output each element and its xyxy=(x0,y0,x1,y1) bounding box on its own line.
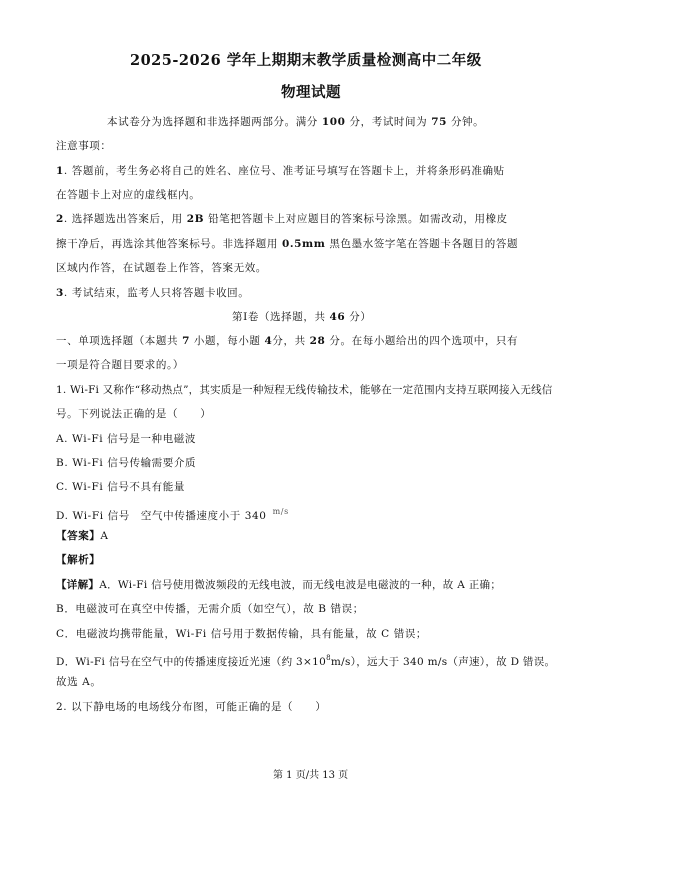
detail-a: 【详解】A．Wi-Fi 信号使用微波频段的无线电波，而无线电波是电磁波的一种，故… xyxy=(56,578,501,592)
page-subtitle: 物理试题 xyxy=(281,84,341,102)
page-footer: 第 1 页/共 13 页 xyxy=(273,769,348,783)
question-2-stem: 2. 以下静电场的电场线分布图，可能正确的是（ ） xyxy=(56,700,326,714)
note-1-line-1: 1. 答题前，考生务必将自己的姓名、座位号、准考证号填写在答题卡上，并将条形码准… xyxy=(56,164,505,178)
exam-minutes: 75 xyxy=(431,116,447,128)
question-1-stem-line-1: 1. Wi-Fi 又称作“移动热点”，其实质是一种短程无线传输技术，能够在一定范… xyxy=(56,383,552,397)
analysis-label: 【解析】 xyxy=(56,553,100,567)
detail-c: C．电磁波均携带能量，Wi-Fi 信号用于数据传输，具有能量，故 C 错误； xyxy=(56,627,427,641)
note-1-line-2: 在答题卡上对应的虚线框内。 xyxy=(56,188,200,202)
question-1-option-b: B. Wi-Fi 信号传输需要介质 xyxy=(56,456,196,470)
question-1-option-c: C. Wi-Fi 信号不具有能量 xyxy=(56,480,185,494)
title-year: 2025-2026 xyxy=(130,52,221,69)
title-text: 学年上期期末教学质量检测高中二年级 xyxy=(227,52,482,69)
question-1-stem-line-2: 号。下列说法正确的是（ ） xyxy=(56,407,211,421)
answer-label: 【答案】 xyxy=(56,530,100,542)
notes-heading: 注意事项： xyxy=(56,139,112,153)
answer-value: A xyxy=(100,530,108,542)
page-title: 2025-2026 学年上期期末教学质量检测高中二年级 xyxy=(130,52,482,70)
note-2-line-1: 2. 选择题选出答案后，用 2B 铅笔把答题卡上对应题目的答案标号涂黑。如需改动… xyxy=(56,212,508,226)
section-score: 46 xyxy=(330,311,346,323)
note-2-line-2: 擦干净后，再选涂其他答案标号。非选择题用 0.5mm 黑色墨水签字笔在答题卡各题… xyxy=(56,237,518,251)
unit-ms: m/s xyxy=(273,507,289,516)
detail-label: 【详解】 xyxy=(56,579,99,591)
answer-line: 【答案】A xyxy=(56,529,109,543)
detail-b: B．电磁波可在真空中传播，无需介质（如空气），故 B 错误； xyxy=(56,602,364,616)
part-1-instructions-line-1: 一、单项选择题（本题共 7 小题，每小题 4分，共 28 分。在每小题给出的四个… xyxy=(56,334,518,348)
note-3-line-1: 3. 考试结束，监考人只将答题卡收回。 xyxy=(56,286,249,300)
pen-size: 0.5mm xyxy=(282,238,326,250)
full-score: 100 xyxy=(322,116,346,128)
intro-line: 本试卷分为选择题和非选择题两部分。满分 100 分，考试时间为 75 分钟。 xyxy=(107,115,484,129)
conclusion: 故选 A。 xyxy=(56,675,101,689)
detail-d: D．Wi-Fi 信号在空气中的传播速度接近光速（约 3×108m/s），远大于 … xyxy=(56,651,555,669)
note-2-line-3: 区域内作答，在试题卷上作答，答案无效。 xyxy=(56,261,267,275)
pencil-type: 2B xyxy=(187,213,204,225)
section-heading: 第Ⅰ卷（选择题，共 46 分） xyxy=(232,310,371,324)
question-1-option-a: A. Wi-Fi 信号是一种电磁波 xyxy=(56,432,196,446)
question-1-option-d: D. Wi-Fi 信号 空气中传播速度小于 340m/s xyxy=(56,505,289,523)
part-1-instructions-line-2: 一项是符合题目要求的。） xyxy=(56,358,184,372)
